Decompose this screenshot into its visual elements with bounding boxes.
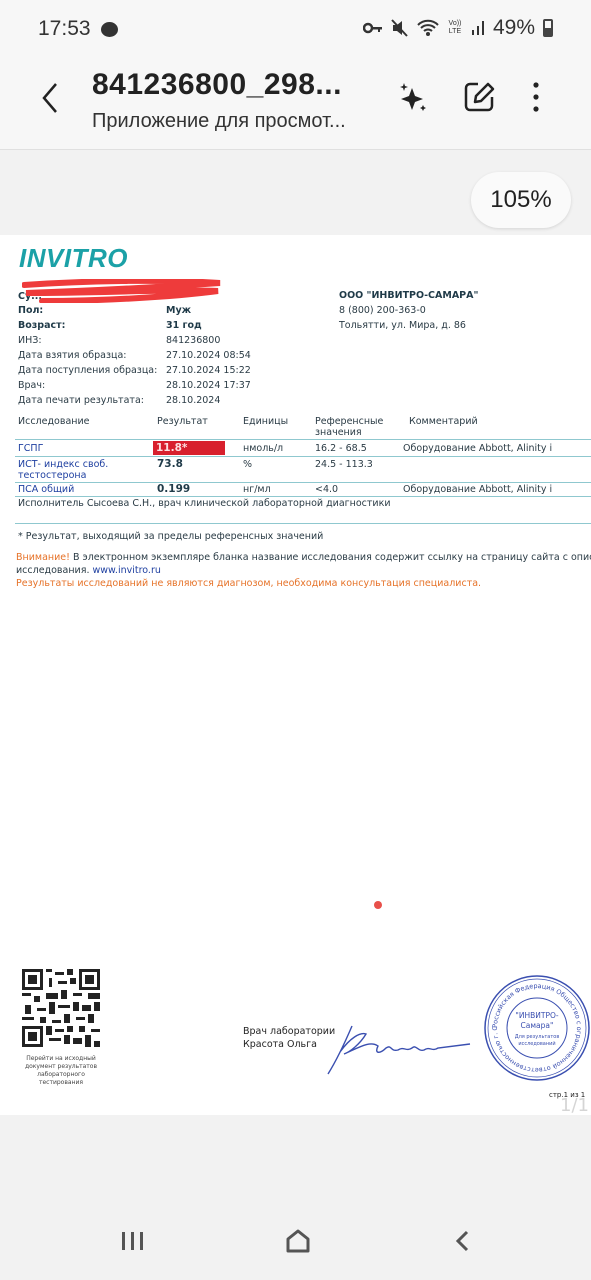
header-units: Единицы (243, 417, 288, 427)
vpn-key-icon (363, 22, 383, 34)
table-divider (15, 523, 591, 524)
system-nav-bar (0, 1200, 591, 1280)
print-date-value: 28.10.2024 (166, 395, 220, 406)
table-divider (15, 482, 591, 483)
header-reference-line2: значения (315, 428, 362, 438)
qr-caption-line: Перейти на исходный (16, 1055, 106, 1063)
invitro-link[interactable]: www.invitro.ru (92, 565, 160, 576)
header-reference: Референсные (315, 417, 383, 427)
result-value: 0.199 (157, 484, 190, 495)
test-name-link[interactable]: ИСТ- индекс своб. (18, 459, 108, 470)
back-icon[interactable] (36, 78, 66, 118)
recent-apps-icon[interactable] (118, 1228, 148, 1254)
doctor-label: Врач: (18, 380, 45, 391)
back-nav-icon[interactable] (449, 1228, 479, 1254)
org-address: Тольятти, ул. Мира, д. 86 (339, 320, 466, 331)
document-page[interactable]: INVITRO Су... Пол: Муж Возраст: 31 год И… (0, 235, 591, 1115)
units-value: % (243, 459, 252, 470)
home-icon[interactable] (283, 1228, 313, 1254)
test-name-link-line2[interactable]: тестостерона (18, 470, 86, 481)
sex-label: Пол: (18, 305, 43, 316)
zoom-level-indicator: 105% (471, 172, 571, 228)
performer-text: Исполнитель Сысоева С.Н., врач клиническ… (18, 498, 391, 509)
redaction-mark (22, 279, 222, 303)
app-bar: 841236800_298... Приложение для просмот.… (0, 56, 591, 150)
sample-date-label: Дата взятия образца: (18, 350, 127, 361)
header-comment: Комментарий (409, 417, 478, 427)
signal-icon (471, 20, 485, 36)
edit-icon[interactable] (462, 80, 496, 114)
page-indicator: 1/1 (560, 1095, 589, 1115)
disclaimer: Результаты исследований не являются диаг… (16, 578, 481, 589)
stamp-center-line: исследований (518, 1040, 555, 1047)
stamp-center-line: "ИНВИТРО- (515, 1011, 558, 1020)
inz-value: 841236800 (166, 335, 220, 346)
age-label: Возраст: (18, 320, 65, 331)
receipt-date-value: 27.10.2024 15:22 (166, 365, 251, 376)
print-date-label: Дата печати результата: (18, 395, 144, 406)
status-icons: Vo)) LTE 49% (363, 16, 553, 40)
doctor-value: 28.10.2024 17:37 (166, 380, 251, 391)
wifi-icon (417, 19, 439, 37)
battery-percent: 49% (493, 16, 535, 40)
receipt-date-label: Дата поступления образца: (18, 365, 157, 376)
document-subtitle: Приложение для просмот... (92, 110, 346, 133)
header-result: Результат (157, 417, 208, 427)
test-name-link[interactable]: ПСА общий (18, 484, 74, 495)
comment-value: Оборудование Abbott, Alinity i (403, 484, 552, 495)
ai-sparkle-icon[interactable] (396, 80, 430, 114)
result-value: 73.8 (157, 459, 183, 470)
status-time: 17:53 (38, 17, 91, 41)
table-divider (15, 496, 591, 497)
organization-stamp: Российская Федерация Общество с ограниче… (482, 973, 591, 1083)
mute-icon (391, 19, 409, 37)
notice-line-2: исследования. www.invitro.ru (16, 565, 161, 576)
footnote: * Результат, выходящий за пределы рефере… (18, 531, 323, 542)
battery-icon (543, 19, 553, 37)
qr-caption-line: лабораторного тестирования (16, 1071, 106, 1087)
org-phone: 8 (800) 200-363-0 (339, 305, 426, 316)
notice-line-1: Внимание! В электронном экземпляре бланк… (16, 552, 591, 563)
test-name-link[interactable]: ГСПГ (18, 443, 43, 454)
signer-name: Красота Ольга (243, 1039, 317, 1050)
more-vert-icon[interactable] (526, 80, 546, 114)
qr-caption-line: документ результатов (16, 1063, 106, 1071)
attention-label: Внимание! (16, 552, 70, 563)
document-title: 841236800_298... (92, 68, 342, 102)
org-name: ООО "ИНВИТРО-САМАРА" (339, 290, 478, 301)
units-value: нг/мл (243, 484, 271, 495)
units-value: нмоль/л (243, 443, 283, 454)
inz-label: ИНЗ: (18, 335, 42, 346)
annotation-dot (374, 901, 382, 909)
table-divider (15, 439, 591, 440)
signature-image (320, 1018, 480, 1078)
reference-value: <4.0 (315, 484, 338, 495)
comment-value: Оборудование Abbott, Alinity i (403, 443, 552, 454)
header-test: Исследование (18, 417, 90, 427)
volte-icon: Vo)) LTE (447, 20, 463, 36)
sample-date-value: 27.10.2024 08:54 (166, 350, 251, 361)
notice-text-2: исследования. (16, 565, 92, 576)
chat-bubble-icon (101, 22, 118, 37)
stamp-center-line: Для результатов (515, 1034, 560, 1040)
reference-value: 24.5 - 113.3 (315, 459, 373, 470)
table-divider (15, 456, 591, 457)
sex-value: Муж (166, 305, 191, 316)
age-value: 31 год (166, 320, 202, 331)
qr-caption: Перейти на исходный документ результатов… (16, 1055, 106, 1087)
invitro-logo: INVITRO (19, 243, 128, 274)
result-value-flagged: 11.8* (156, 442, 187, 454)
stamp-center-line: Самара" (521, 1021, 554, 1030)
notice-text: В электронном экземпляре бланка название… (70, 552, 591, 563)
reference-value: 16.2 - 68.5 (315, 443, 367, 454)
status-bar: 17:53 Vo)) LTE 49% (0, 0, 591, 56)
qr-code[interactable] (22, 969, 100, 1047)
